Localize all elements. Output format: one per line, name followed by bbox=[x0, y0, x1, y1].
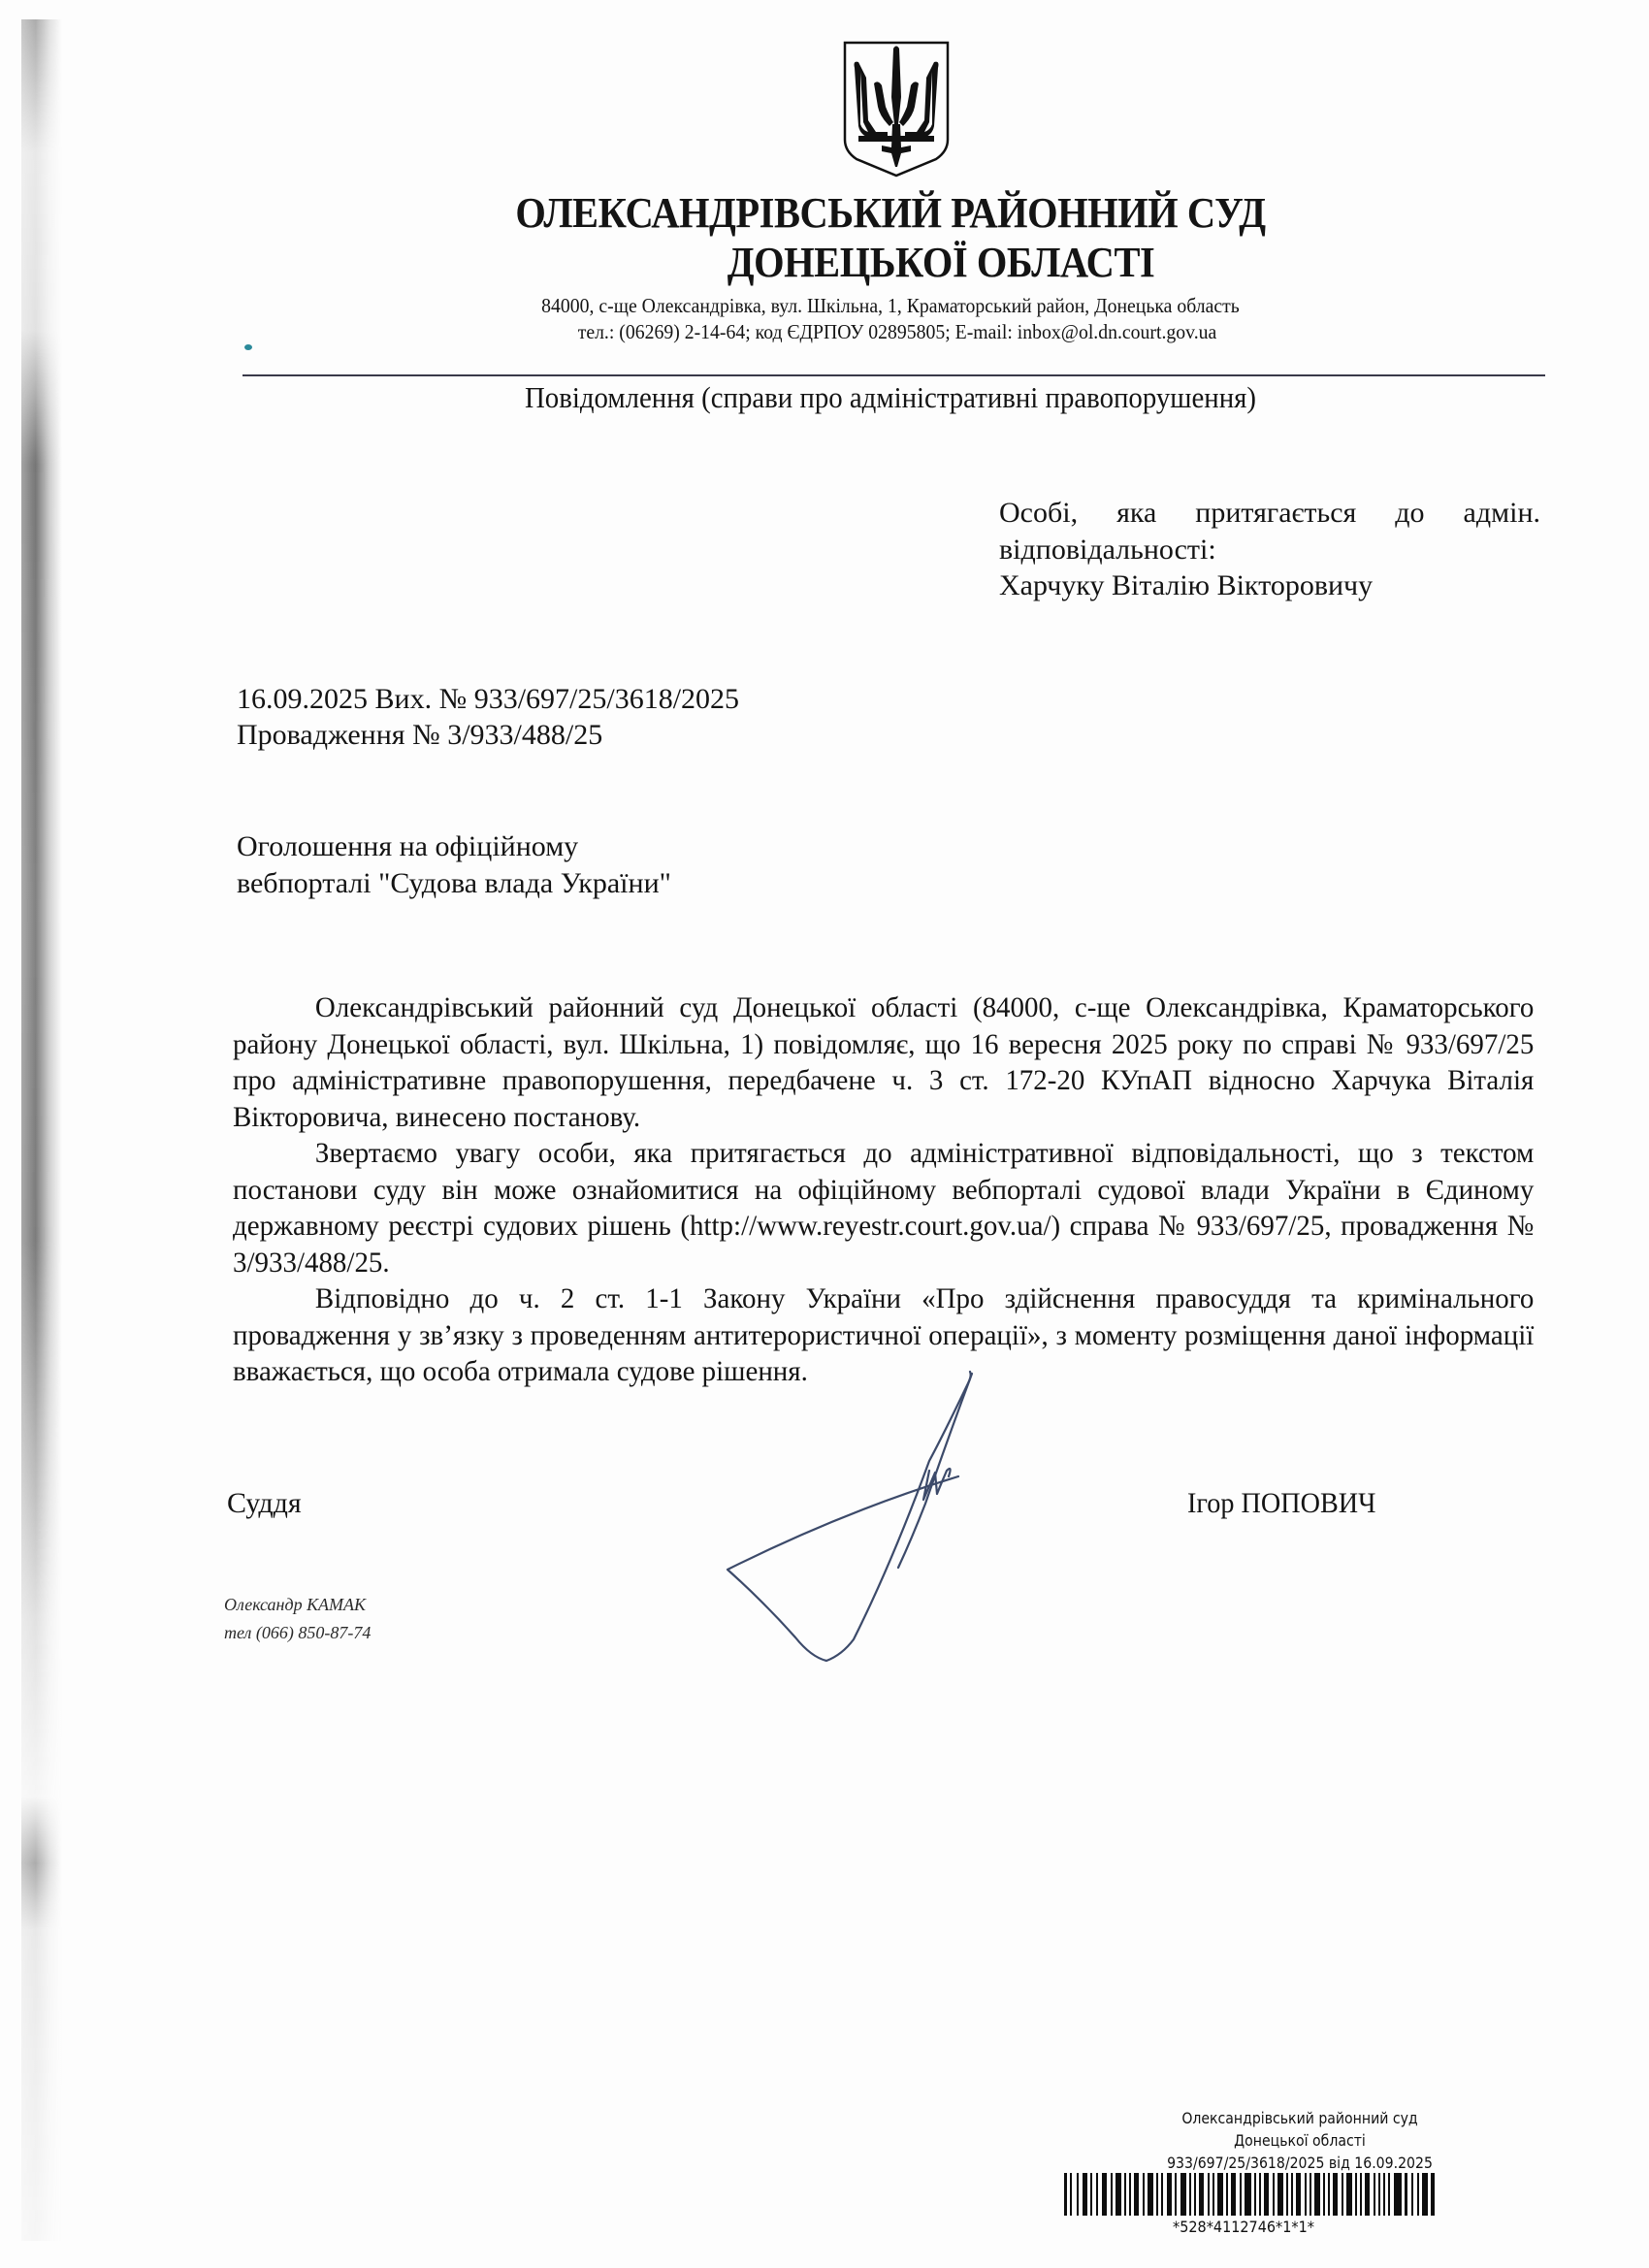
barcode-number: *528*4112746*1*1* bbox=[1025, 2218, 1462, 2236]
stamp-line2: Донецької області bbox=[1086, 2129, 1513, 2152]
court-name-line2: ДОНЕЦЬКОЇ ОБЛАСТІ bbox=[76, 240, 1649, 286]
announcement-line2: вебпорталі "Судова влада України" bbox=[237, 865, 671, 902]
stamp-line1: Олександрівський районний суд bbox=[1086, 2107, 1513, 2129]
header-divider bbox=[242, 374, 1545, 376]
court-contacts: тел.: (06269) 2-14-64; код ЄДРПОУ 028958… bbox=[54, 319, 1649, 344]
notice-body: Олександрівський районний суд Донецької … bbox=[233, 989, 1534, 1390]
outgoing-number: 16.09.2025 Вих. № 933/697/25/3618/2025 bbox=[237, 681, 739, 717]
ink-dot bbox=[244, 344, 252, 350]
addressee-name: Харчуку Віталію Вікторовичу bbox=[999, 567, 1540, 604]
registration-stamp: Олександрівський районний суд Донецької … bbox=[1057, 2107, 1542, 2174]
court-address: 84000, с-ще Олександрівка, вул. Шкільна,… bbox=[53, 293, 1649, 318]
court-name-line1: ОЛЕКСАНДРІВСЬКИЙ РАЙОННИЙ СУД bbox=[71, 190, 1649, 237]
addressee-line2: відповідальності: bbox=[999, 532, 1540, 568]
handwritten-signature-icon bbox=[718, 1348, 1028, 1678]
scanner-artifact-strip bbox=[21, 19, 62, 2241]
stamp-line3: 933/697/25/3618/2025 від 16.09.2025 bbox=[1086, 2152, 1513, 2174]
executor-phone: тел (066) 850-87-74 bbox=[224, 1619, 371, 1647]
document-title: Повідомлення (справи про адміністративні… bbox=[62, 378, 1649, 417]
executor-name: Олександр КАМАК bbox=[224, 1591, 371, 1619]
coat-of-arms-icon bbox=[839, 39, 954, 178]
proceeding-number: Провадження № 3/933/488/25 bbox=[237, 717, 739, 753]
body-paragraph: Звертаємо увагу особи, яка притягається … bbox=[233, 1135, 1534, 1280]
announcement-heading: Оголошення на офіційному вебпорталі "Суд… bbox=[237, 828, 671, 902]
addressee-line1: Особі, яка притягається до адмін. bbox=[999, 495, 1540, 532]
judge-role: Суддя bbox=[227, 1486, 302, 1521]
barcode-icon bbox=[1064, 2173, 1435, 2216]
body-paragraph: Олександрівський районний суд Донецької … bbox=[233, 989, 1534, 1135]
judge-name: Ігор ПОПОВИЧ bbox=[1187, 1486, 1375, 1521]
addressee-block: Особі, яка притягається до адмін. відпов… bbox=[999, 495, 1540, 604]
executor-block: Олександр КАМАК тел (066) 850-87-74 bbox=[224, 1591, 371, 1647]
reference-block: 16.09.2025 Вих. № 933/697/25/3618/2025 П… bbox=[237, 681, 739, 753]
announcement-line1: Оголошення на офіційному bbox=[237, 828, 671, 865]
